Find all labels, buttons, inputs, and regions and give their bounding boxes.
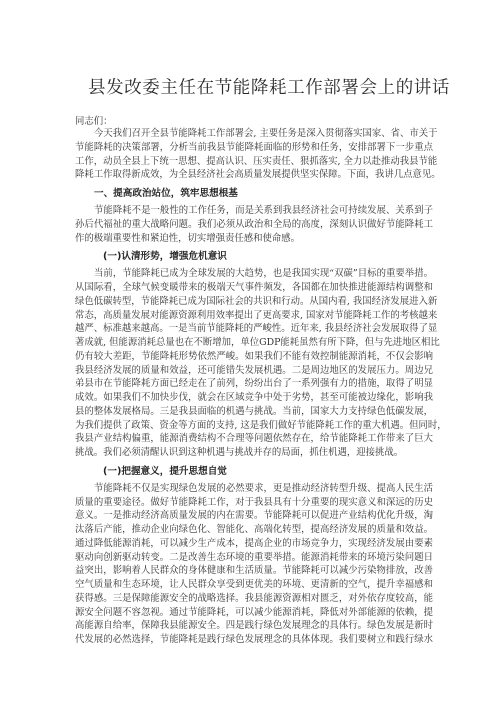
- text-line: 挑战。我们必须清醒认识到这种机遇与挑战并存的局面，抓住机遇，迎接挑战。: [75, 446, 433, 460]
- text-line: 作的极端重要性和紧迫性，切实增强责任感和使命感。: [75, 232, 433, 246]
- text-line: 绿色低碳转型，节能降耗已成为国际社会的共识和行动。从国内看, 我国经济发展进入新: [75, 295, 433, 309]
- section-heading-1: 一、提高政治站位，筑牢思想根基: [75, 185, 433, 202]
- text-line: 驱动向创新驱动转变。二是改善生态环境的重要举措。能源消耗带来的环境污染问题日: [75, 551, 433, 565]
- text-line: 质量的重要途径。做好节能降耗工作，对于我县具有十分重要的现实意义和深远的历史: [75, 496, 433, 510]
- text-line: 县的整体发展格局。三是我县面临的机遇与挑战。当前，国家大力支持绿色低碳发展，: [75, 405, 433, 419]
- text-line: 汰落后产能，推动企业向绿色化、智能化、高端化转型，提高经济发展的质量和效益。: [75, 523, 433, 537]
- subsection-heading-1: (一)认清形势，增强危机意识: [75, 248, 433, 265]
- text-line: 弟县市在节能降耗方面已经走在了前列，纷纷出台了一系列强有力的措施，取得了明显: [75, 377, 433, 391]
- text-line: 代发展的必然选择，节能降耗是践行绿色发展理念的具体体现。我们要树立和践行绿水: [75, 633, 433, 647]
- text-line: 孙后代福祉的重大战略问题。我们必须从政治和全局的高度，深刻认识做好节能降耗工: [75, 218, 433, 232]
- section1-paragraph: 节能降耗不是一般性的工作任务，而是关系到我县经济社会可持续发展、关系到子 孙后代…: [75, 204, 433, 245]
- document-page: 县发改委主任在节能降耗工作部署会上的讲话 同志们： 今天我们召开全县节能降耗工作…: [0, 0, 500, 707]
- document-title: 县发改委主任在节能降耗工作部署会上的讲话: [88, 74, 450, 99]
- text-line: 空气质量和生态环境，让人民群众享受到更优美的环境、更清新的空气，提升幸福感和: [75, 578, 433, 592]
- text-line: 从国际看，全球气候变暖带来的极端天气事件频发，各国都在加快推进能源结构调整和: [75, 281, 433, 295]
- text-line: 越严、标准越来越高。一是当前节能降耗的严峻性。近年来, 我县经济社会发展取得了显: [75, 322, 433, 336]
- text-line: 为我们提供了政策、资金等方面的支持, 这是我们做好节能降耗工作的重大机遇。但同时…: [75, 419, 433, 433]
- text-line: 降耗工作取得新成效，为全县经济社会高质量发展提供坚实保障。下面，我讲几点意见。: [75, 168, 433, 182]
- sub1-paragraph: 当前，节能降耗已成为全球发展的大趋势，也是我国实现“双碳”目标的重要举措。 从国…: [75, 267, 433, 460]
- text-line: 获得感。三是保障能源安全的战略选择。我县能源资源相对匮乏，对外依存度较高，能: [75, 592, 433, 606]
- text-line: 成效。如果我们不加快步伐，就会在区域竞争中处于劣势，甚至可能被边缘化，影响我: [75, 391, 433, 405]
- intro-paragraph: 今天我们召开全县节能降耗工作部署会, 主要任务是深入贯彻落实国家、省、市关于 节…: [75, 127, 433, 182]
- subsection-heading-2: (一)把握意义，提升思想自觉: [75, 463, 433, 480]
- text-line: 通过降低能源消耗，可以减少生产成本，提高企业的市场竞争力，实现经济发展由要素: [75, 537, 433, 551]
- salutation: 同志们：: [75, 113, 113, 127]
- text-line: 我县经济发展的质量和效益，还可能错失发展机遇。二是周边地区的发展压力。周边兄: [75, 364, 433, 378]
- text-line: 著成就, 但能源消耗总量也在不断增加，单位GDP能耗虽然有所下降，但与先进地区相…: [75, 336, 433, 350]
- text-line: 今天我们召开全县节能降耗工作部署会, 主要任务是深入贯彻落实国家、省、市关于: [75, 127, 433, 141]
- text-line: 常态，高质量发展对能源资源利用效率提出了更高要求, 国家对节能降耗工作的考核越来: [75, 309, 433, 323]
- text-line: 工作，动员全县上下统一思想、提高认识、压实责任、狠抓落实, 全力以赴推动我县节能: [75, 155, 433, 169]
- text-line: 节能降耗的决策部署，分析当前我县节能降耗面临的形势和任务，安排部署下一步重点: [75, 141, 433, 155]
- text-line: 我县产业结构偏重，能源消费结构不合理等问题依然存在，给节能降耗工作带来了巨大: [75, 432, 433, 446]
- text-line: 益突出，影响着人民群众的身体健康和生活质量。节能降耗可以减少污染物排放，改善: [75, 564, 433, 578]
- text-line: 源安全问题不容忽视。通过节能降耗，可以减少能源消耗，降低对外部能源的依赖，提: [75, 606, 433, 620]
- text-line: 节能降耗不仅是实现绿色发展的必然要求，更是推动经济转型升级、提高人民生活: [75, 482, 433, 496]
- text-line: 高能源自给率，保障我县能源安全。四是践行绿色发展理念的具体行。绿色发展是新时: [75, 619, 433, 633]
- text-line: 意义。一是推动经济高质量发展的内在需要。节能降耗可以促进产业结构优化升级，淘: [75, 509, 433, 523]
- sub2-paragraph: 节能降耗不仅是实现绿色发展的必然要求，更是推动经济转型升级、提高人民生活 质量的…: [75, 482, 433, 647]
- text-line: 当前，节能降耗已成为全球发展的大趋势，也是我国实现“双碳”目标的重要举措。: [75, 267, 433, 281]
- document-body: 今天我们召开全县节能降耗工作部署会, 主要任务是深入贯彻落实国家、省、市关于 节…: [75, 127, 433, 647]
- text-line: 仍有较大差距，节能降耗形势依然严峻。如果我们不能有效控制能源消耗，不仅会影响: [75, 350, 433, 364]
- text-line: 节能降耗不是一般性的工作任务，而是关系到我县经济社会可持续发展、关系到子: [75, 204, 433, 218]
